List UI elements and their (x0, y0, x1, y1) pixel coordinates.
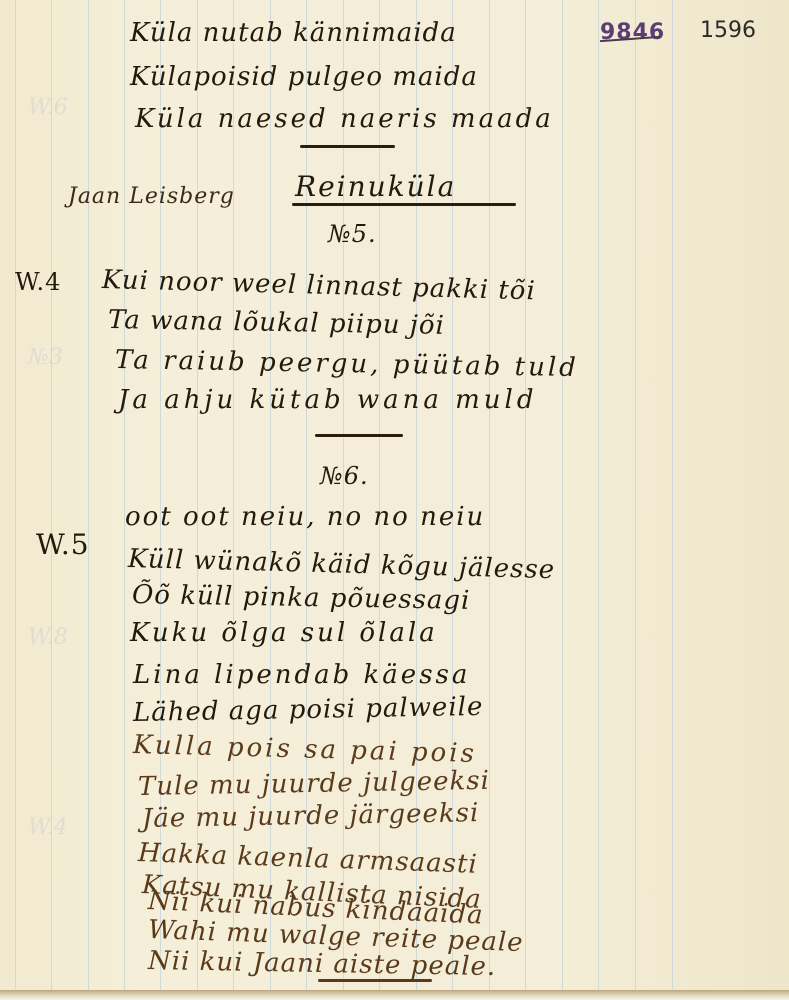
rule-line (452, 0, 453, 990)
verse-line: Lina lipendab käessa (133, 660, 470, 690)
rule-line (525, 0, 526, 990)
stamped-page-number: 9846 (600, 20, 665, 45)
verse-line: Jäe mu juurde järgeeksi (142, 798, 480, 834)
rule-line (88, 0, 89, 990)
rule-line (562, 0, 563, 990)
verse-line: Nii kui Jaani aiste peale. (148, 946, 497, 982)
verse-line: Tule mu juurde julgeeksi (138, 766, 490, 802)
bleed-through-mark: W.6 (28, 95, 68, 120)
verse-line: Ta wana lõukal piipu jõi (108, 305, 445, 341)
rule-line (672, 0, 673, 990)
verse-line: Ja ahju kütab wana muld (118, 385, 538, 415)
verse-line: Kuku õlga sul õlala (130, 618, 438, 648)
end-divider (318, 979, 432, 982)
section-divider (300, 145, 395, 148)
rule-line (598, 0, 599, 990)
rule-line (489, 0, 490, 990)
rule-line (635, 0, 636, 990)
rule-line (379, 0, 380, 990)
opening-line: Külapoisid pulgeo maida (130, 62, 478, 92)
rule-line (15, 0, 16, 990)
collector-name: Jaan Leisberg (68, 184, 235, 209)
rule-line (343, 0, 344, 990)
rule-line (306, 0, 307, 990)
margin-label: W.4 (15, 268, 61, 296)
verse-line: Lähed aga poisi palweile (133, 692, 484, 728)
handwritten-page-number: 1596 (700, 18, 756, 43)
verse-line: Õõ küll pinka põuessagi (132, 580, 471, 616)
rule-line (51, 0, 52, 990)
bleed-through-mark: №3 (28, 345, 63, 370)
opening-line: Küla nutab kännimaida (130, 18, 457, 48)
section-divider (315, 434, 403, 437)
bleed-through-mark: W.8 (28, 625, 68, 650)
song-number: №5. (328, 220, 377, 248)
bleed-through-mark: W.4 (28, 815, 68, 840)
manuscript-page: W.6 №3 W.8 W.4 9846 1596 Küla nutab känn… (0, 0, 789, 990)
ruled-lines (0, 0, 789, 990)
rule-line (416, 0, 417, 990)
rule-line (270, 0, 271, 990)
opening-line: Küla naesed naeris maada (135, 104, 554, 134)
margin-label: W.5 (36, 528, 90, 561)
page-edge (0, 990, 789, 1000)
song-number: №6. (320, 462, 369, 490)
rule-line (124, 0, 125, 990)
title-underline (292, 203, 516, 206)
verse-line: oot oot neiu, no no neiu (125, 502, 485, 532)
place-title: Reinuküla (295, 170, 456, 203)
